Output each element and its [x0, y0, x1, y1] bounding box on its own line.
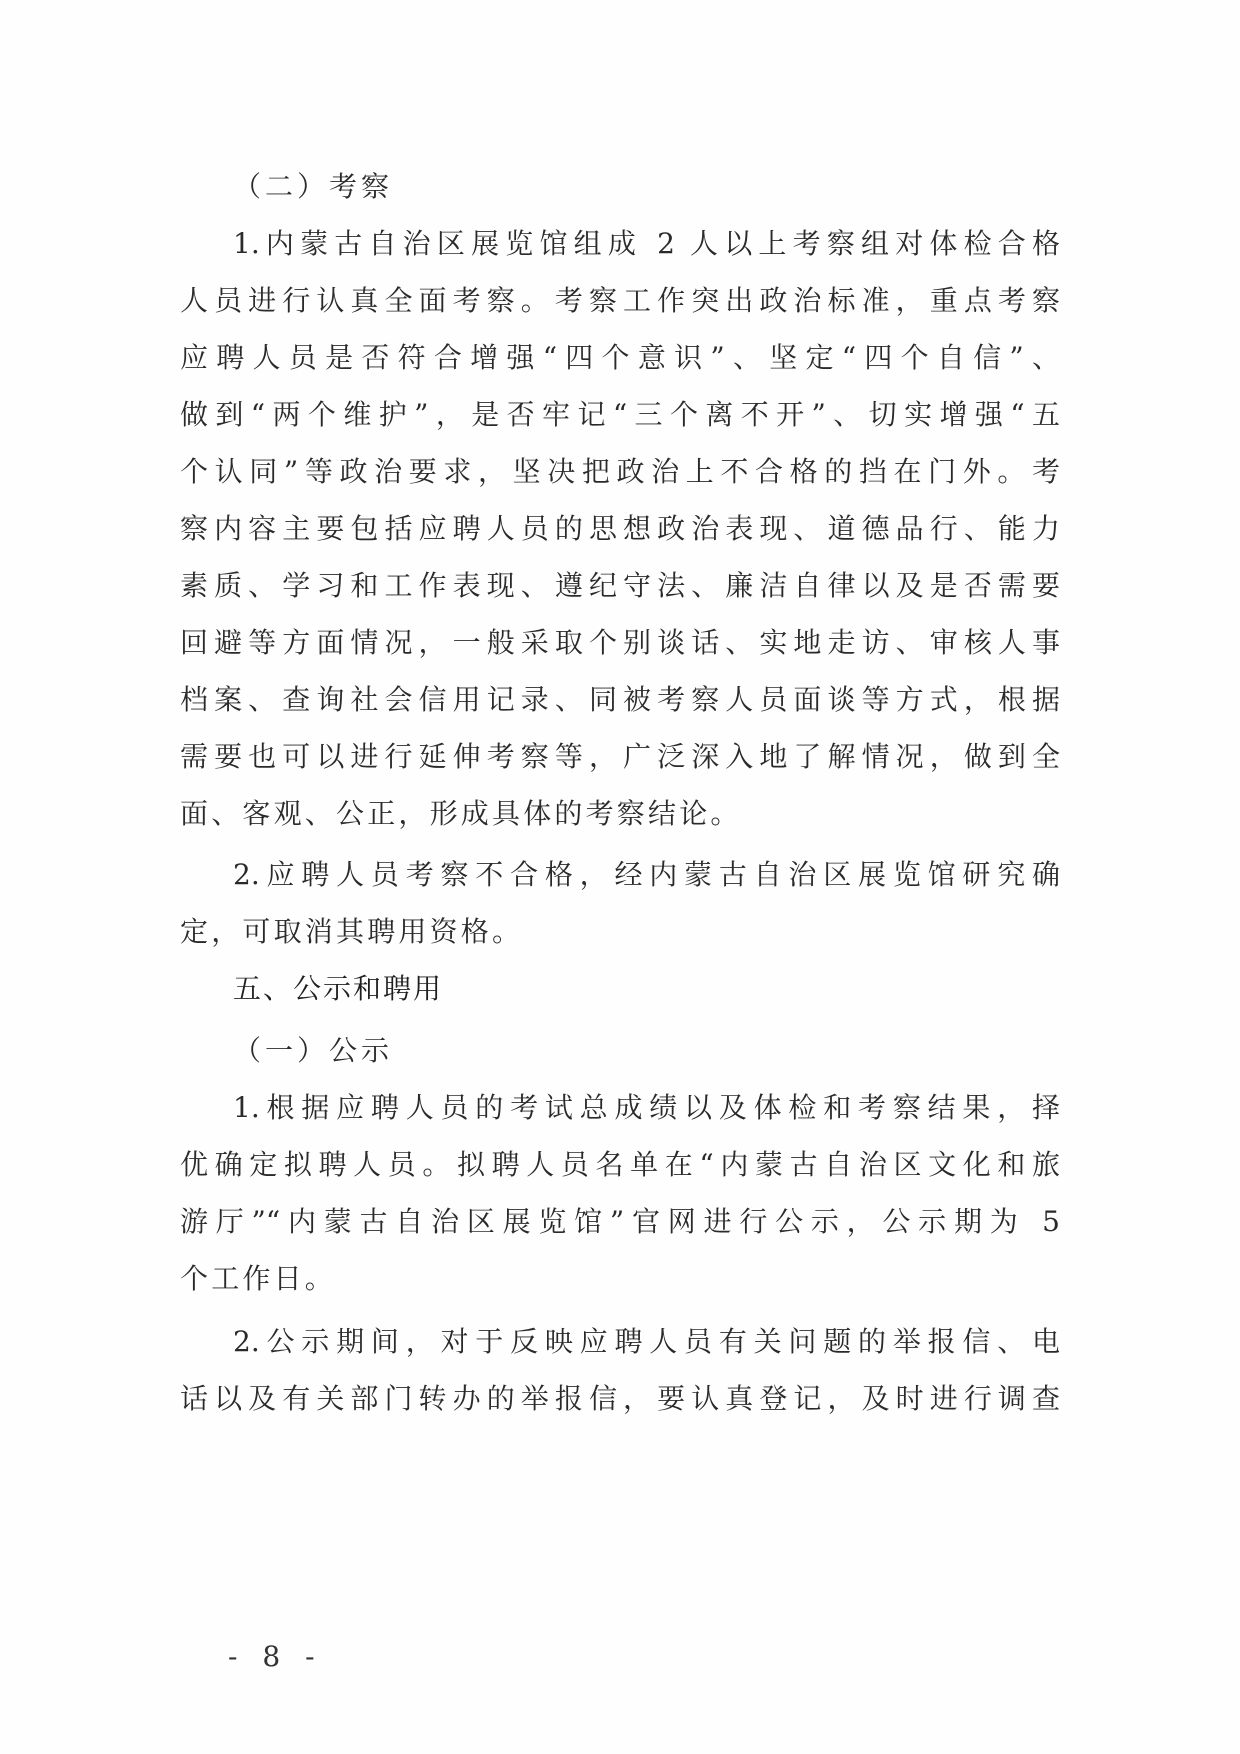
paragraph-line: 需要也可以进行延伸考察等，广泛深入地了解情况，做到全 — [180, 740, 1060, 774]
paragraph-line: 档案、查询社会信用记录、同被考察人员面谈等方式，根据 — [180, 683, 1060, 717]
document-page: （二）考察 1.内蒙古自治区展览馆组成 2 人以上考察组对体检合格 人员进行认真… — [0, 0, 1240, 1754]
paragraph-line: 1.根据应聘人员的考试总成绩以及体检和考察结果，择 — [233, 1091, 1060, 1125]
paragraph-line: 做到“两个维护”，是否牢记“三个离不开”、切实增强“五 — [180, 398, 1060, 432]
paragraph-line: 1.内蒙古自治区展览馆组成 2 人以上考察组对体检合格 — [233, 227, 1060, 261]
paragraph-line: 素质、学习和工作表现、遵纪守法、廉洁自律以及是否需要 — [180, 569, 1060, 603]
section-heading-publicity-and-hiring: 五、公示和聘用 — [233, 972, 1060, 1006]
paragraph-line: 定，可取消其聘用资格。 — [180, 915, 1060, 949]
paragraph-line: 个工作日。 — [180, 1262, 1060, 1296]
paragraph-line: 2.应聘人员考察不合格，经内蒙古自治区展览馆研究确 — [233, 858, 1060, 892]
paragraph-line: 话以及有关部门转办的举报信，要认真登记，及时进行调查 — [180, 1382, 1060, 1416]
page-number: - 8 - — [228, 1640, 323, 1674]
paragraph-line: 优确定拟聘人员。拟聘人员名单在“内蒙古自治区文化和旅 — [180, 1148, 1060, 1182]
paragraph-line: 应聘人员是否符合增强“四个意识”、坚定“四个自信”、 — [180, 341, 1060, 375]
subsection-heading-investigation: （二）考察 — [233, 170, 1060, 204]
paragraph-line: 面、客观、公正，形成具体的考察结论。 — [180, 797, 1060, 831]
paragraph-line: 游厅”“内蒙古自治区展览馆”官网进行公示，公示期为 5 — [180, 1205, 1060, 1239]
paragraph-line: 个认同”等政治要求，坚决把政治上不合格的挡在门外。考 — [180, 455, 1060, 489]
paragraph-line: 察内容主要包括应聘人员的思想政治表现、道德品行、能力 — [180, 512, 1060, 546]
paragraph-line: 人员进行认真全面考察。考察工作突出政治标准，重点考察 — [180, 284, 1060, 318]
paragraph-line: 回避等方面情况，一般采取个别谈话、实地走访、审核人事 — [180, 626, 1060, 660]
paragraph-line: 2.公示期间，对于反映应聘人员有关问题的举报信、电 — [233, 1325, 1060, 1359]
subsection-heading-publicity: （一）公示 — [233, 1034, 1060, 1068]
